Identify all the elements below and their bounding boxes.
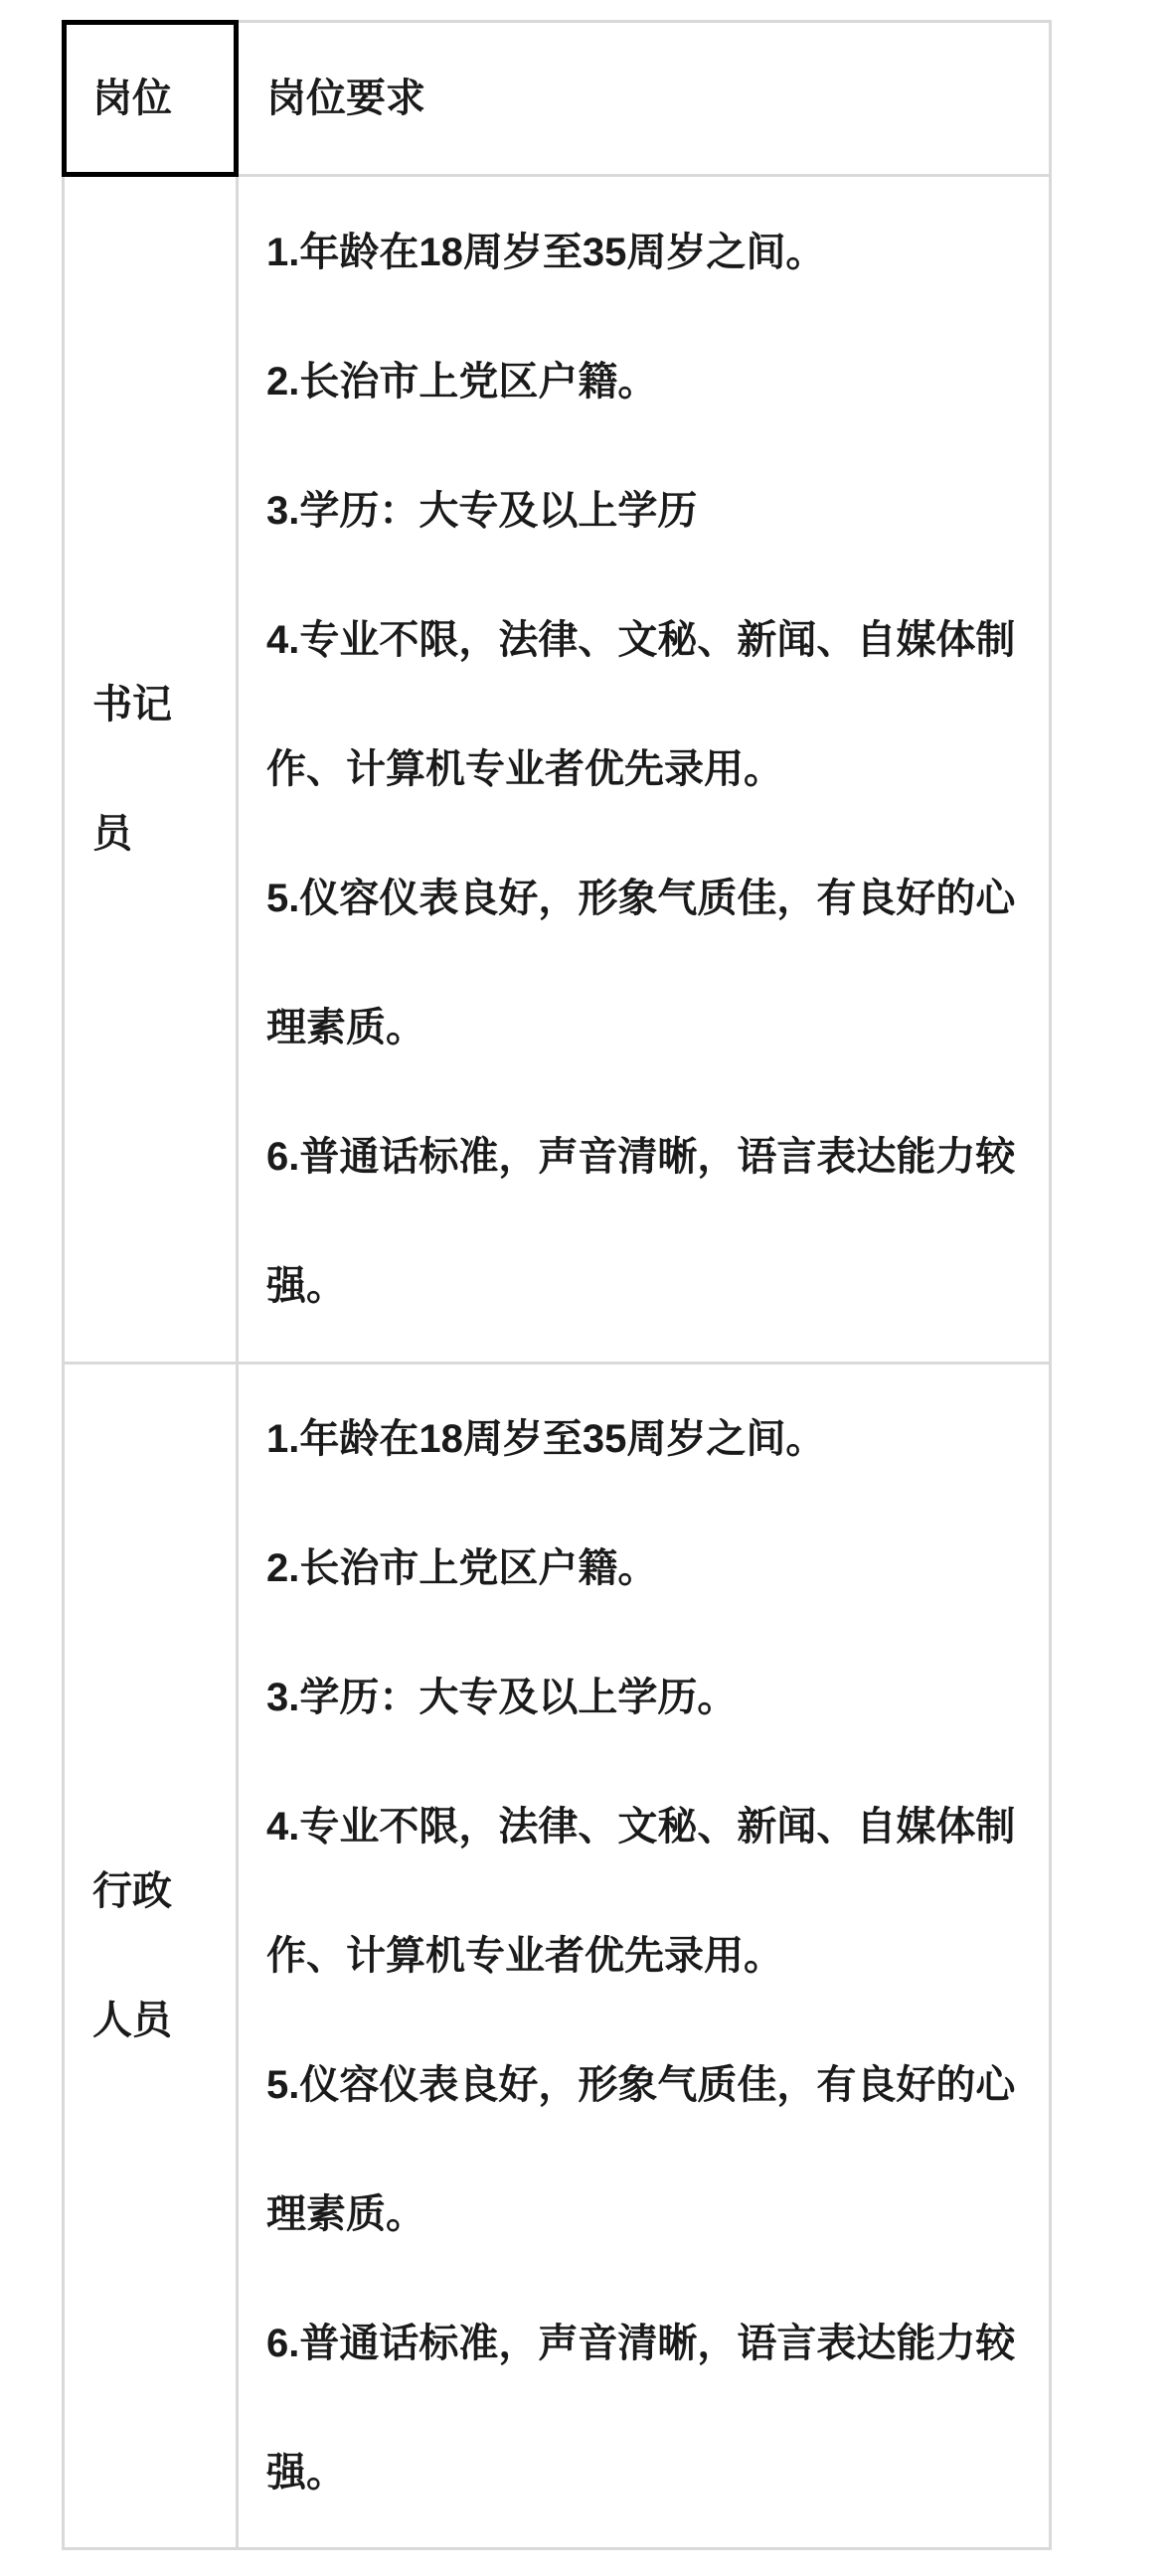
requirement-line: 理素质。 <box>266 963 1023 1092</box>
requirement-line: 6.普通话标准，声音清晰，语言表达能力较 <box>266 2279 1023 2408</box>
requirement-line: 2.长治市上党区户籍。 <box>266 317 1023 446</box>
requirement-line: 4.专业不限，法律、文秘、新闻、自媒体制 <box>266 1762 1023 1891</box>
position-label-line: 员 <box>92 769 210 898</box>
requirements-cell-admin[interactable]: 1.年龄在18周岁至35周岁之间。 2.长治市上党区户籍。 3.学历：大专及以上… <box>239 1365 1052 2550</box>
requirement-line: 3.学历：大专及以上学历 <box>266 446 1023 575</box>
requirement-line: 作、计算机专业者优先录用。 <box>266 1891 1023 2020</box>
header-cell-position[interactable]: 岗位 <box>62 20 239 177</box>
requirement-line: 5.仪容仪表良好，形象气质佳，有良好的心 <box>266 2020 1023 2150</box>
requirements-cell-clerk[interactable]: 1.年龄在18周岁至35周岁之间。 2.长治市上党区户籍。 3.学历：大专及以上… <box>239 177 1052 1365</box>
position-cell-clerk[interactable]: 书记 员 <box>62 177 239 1365</box>
requirement-line: 强。 <box>266 1221 1023 1351</box>
requirement-line: 3.学历：大专及以上学历。 <box>266 1633 1023 1762</box>
requirement-line: 5.仪容仪表良好，形象气质佳，有良好的心 <box>266 834 1023 963</box>
position-label-line: 行政 <box>92 1827 210 1956</box>
requirement-line: 1.年龄在18周岁至35周岁之间。 <box>266 188 1023 317</box>
job-requirements-table: 岗位 岗位要求 书记 员 1.年龄在18周岁至35周岁之间。 2.长治市上党区户… <box>62 20 1052 2550</box>
requirements-header-label: 岗位要求 <box>266 79 1023 118</box>
requirement-line: 1.年龄在18周岁至35周岁之间。 <box>266 1374 1023 1504</box>
requirement-line: 强。 <box>266 2408 1023 2537</box>
position-label-line: 人员 <box>92 1956 210 2085</box>
requirement-line: 理素质。 <box>266 2150 1023 2279</box>
position-cell-admin[interactable]: 行政 人员 <box>62 1365 239 2550</box>
position-header-label: 岗位 <box>92 79 210 118</box>
header-cell-requirements[interactable]: 岗位要求 <box>239 20 1052 177</box>
requirement-line: 4.专业不限，法律、文秘、新闻、自媒体制 <box>266 575 1023 705</box>
requirement-line: 2.长治市上党区户籍。 <box>266 1504 1023 1633</box>
position-label-line: 书记 <box>92 640 210 769</box>
requirement-line: 6.普通话标准，声音清晰，语言表达能力较 <box>266 1092 1023 1221</box>
requirement-line: 作、计算机专业者优先录用。 <box>266 705 1023 834</box>
